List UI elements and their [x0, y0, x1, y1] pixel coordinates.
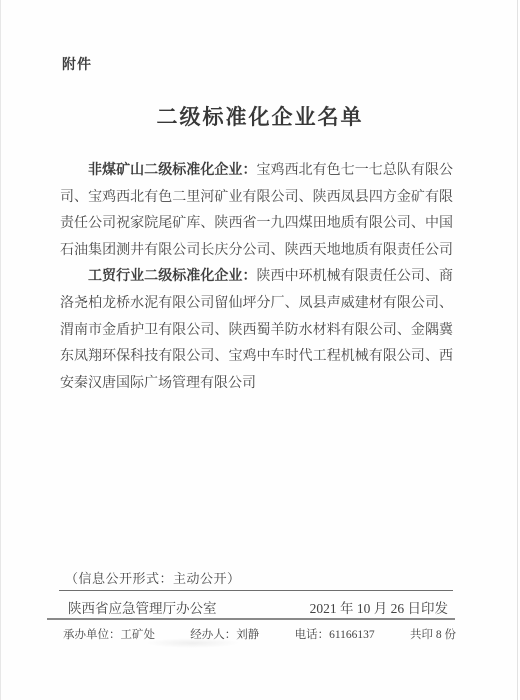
body-line-text: 陕西中环机械有限责任公司、商: [256, 269, 453, 284]
body-text: 非煤矿山二级标准化企业：宝鸡西北有色七一七总队有限公 司、宝鸡西北有色二里河矿业…: [60, 158, 453, 397]
undertaking-unit: 承办单位：工矿处: [63, 626, 155, 642]
body-line: 东凤翔环保科技有限公司、宝鸡中车时代工程机械有限公司、西: [60, 344, 453, 371]
document-title: 二级标准化企业名单: [0, 101, 520, 131]
para2-label: 工贸行业二级标准化企业：: [88, 269, 256, 284]
attachment-label: 附件: [62, 54, 92, 74]
body-line: 石油集团测井有限公司长庆分公司、陕西天地地质有限责任公司: [60, 238, 453, 265]
body-line: 安秦汉唐国际广场管理有限公司: [60, 371, 453, 398]
body-line: 非煤矿山二级标准化企业：宝鸡西北有色七一七总队有限公: [60, 158, 453, 185]
body-line: 责任公司祝家院尾矿库、陕西省一九四煤田地质有限公司、中国: [60, 211, 453, 238]
body-line: 工贸行业二级标准化企业：陕西中环机械有限责任公司、商: [60, 264, 453, 291]
issuing-office: 陕西省应急管理厅办公室: [68, 597, 217, 617]
publicity-note: （信息公开形式：主动公开）: [65, 568, 241, 587]
phone: 电话：61166137: [295, 626, 375, 642]
body-line: 司、宝鸡西北有色二里河矿业有限公司、陕西凤县四方金矿有限: [60, 185, 453, 212]
copies: 共印 8 份: [410, 626, 456, 642]
print-info-row: 承办单位：工矿处 经办人：刘静 电话：61166137 共印 8 份: [63, 626, 456, 642]
footer-divider-bottom: [47, 618, 455, 620]
body-line: 洛尧柏龙桥水泥有限公司留仙坪分厂、凤县声威建材有限公司、: [60, 291, 453, 318]
scan-smudge: [145, 638, 240, 648]
document-page: 附件 二级标准化企业名单 非煤矿山二级标准化企业：宝鸡西北有色七一七总队有限公 …: [0, 0, 520, 700]
print-date: 2021 年 10 月 26 日印发: [310, 597, 448, 617]
footer-divider-top: [59, 590, 453, 591]
issuing-office-row: 陕西省应急管理厅办公室 2021 年 10 月 26 日印发: [68, 597, 448, 617]
para1-label: 非煤矿山二级标准化企业：: [88, 163, 256, 178]
body-line-text: 宝鸡西北有色七一七总队有限公: [256, 163, 453, 178]
body-line: 渭南市金盾护卫有限公司、陕西蜀羊防水材料有限公司、金隅冀: [60, 318, 453, 345]
